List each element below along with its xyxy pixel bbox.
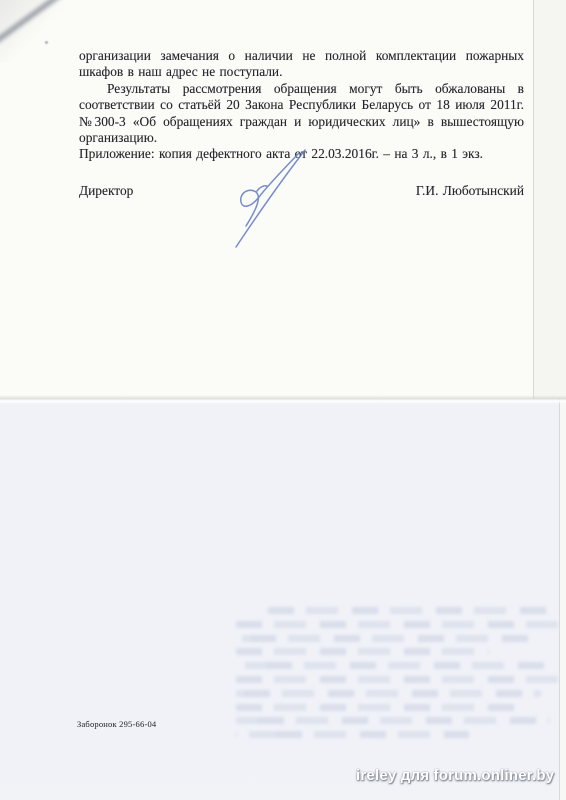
- fold-crease: [0, 395, 566, 404]
- signature-stroke: [212, 146, 322, 256]
- body-paragraph: Результаты рассмотрения обращения могут …: [79, 81, 524, 147]
- forum-watermark: ireley для forum.onliner.by: [356, 767, 554, 784]
- scan-speck: [45, 41, 48, 44]
- body-paragraph: организации замечания о наличии не полно…: [79, 48, 524, 81]
- bleed-through-text: [236, 607, 560, 747]
- paper-right-edge-top: [533, 0, 566, 399]
- paper-right-edge-bottom: [559, 399, 566, 800]
- signoff-title: Директор: [79, 183, 133, 199]
- signoff-name: Г.И. Люботынский: [416, 183, 524, 199]
- scanned-letter-page: организации замечания о наличии не полно…: [0, 0, 566, 800]
- print-imprint: Заборонок 295-66-04: [77, 719, 156, 729]
